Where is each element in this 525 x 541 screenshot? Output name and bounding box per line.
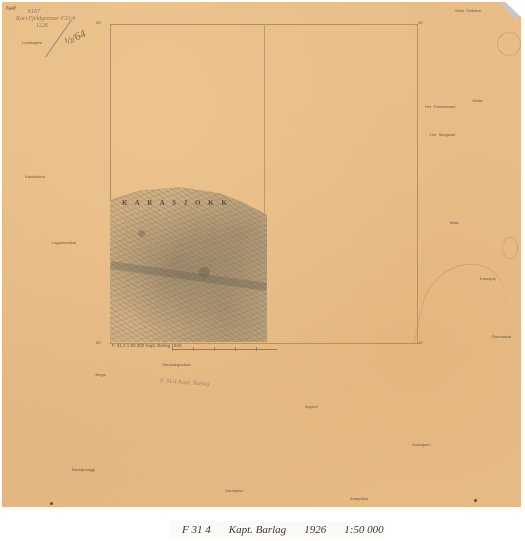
place-label: Anarjokka — [350, 496, 368, 501]
place-label: Bieddjuvaggi — [72, 467, 95, 472]
surveyor-name: Kapt. Barlag — [229, 524, 286, 536]
place-label: Ravnastua — [492, 334, 511, 339]
place-label: Gievdneguoikka — [162, 362, 191, 367]
pin-hole — [474, 499, 477, 502]
corner-label-top-right: 40' — [418, 20, 423, 25]
place-label: Iesjavri — [305, 404, 318, 409]
sheet-id: 6a4f — [6, 6, 16, 12]
place-label: Sekk. Fjellstue — [455, 8, 481, 13]
scale-ticks — [172, 347, 277, 351]
place-label: Jergul — [95, 372, 106, 377]
stain — [502, 237, 518, 259]
corner-label-bottom-left: 50' — [96, 340, 101, 345]
pin-hole — [50, 502, 53, 505]
place-label: Suossjavri — [412, 442, 430, 447]
pencil-note: F. 31/4 Kapt. Barlag — [160, 378, 210, 387]
place-label: Masi — [450, 220, 458, 225]
place-label: Vardø — [472, 98, 483, 103]
place-label: Lunkkajarvi — [22, 40, 42, 45]
handwritten-mark: ½/64 — [63, 28, 88, 48]
river-valley — [110, 261, 267, 291]
place-label: Hm. Fossestrand — [425, 104, 455, 109]
place-label: Lappoluobbal — [52, 240, 76, 245]
map-scale: 1:50 000 — [344, 524, 383, 536]
sheet-number: F 31 4 — [182, 524, 211, 536]
place-label: Gardejavri — [225, 488, 243, 493]
header-note-3: 1226 — [36, 23, 48, 29]
surveyed-area: K A R A S J O K K — [110, 187, 267, 342]
place-label: Hm. Skogstad — [430, 132, 455, 137]
catalog-label: F 31 4 Kapt. Barlag 1926 1:50 000 — [170, 521, 382, 539]
pencil-curve — [413, 255, 511, 361]
stain — [497, 32, 521, 56]
place-label: Kautokeino — [25, 174, 45, 179]
header-note-2: Kart Fjeldgrenser F31/4 — [16, 16, 75, 22]
folded-corner — [501, 4, 517, 20]
map-sheet: 6a4f 6167 Kart Fjeldgrenser F31/4 1226 ½… — [2, 2, 521, 507]
header-note-1: 6167 — [28, 9, 40, 15]
survey-title: K A R A S J O K K — [122, 199, 230, 207]
survey-year: 1926 — [304, 524, 326, 536]
place-label: Karasjok — [480, 276, 496, 281]
corner-label-top-left: 50' — [96, 20, 101, 25]
